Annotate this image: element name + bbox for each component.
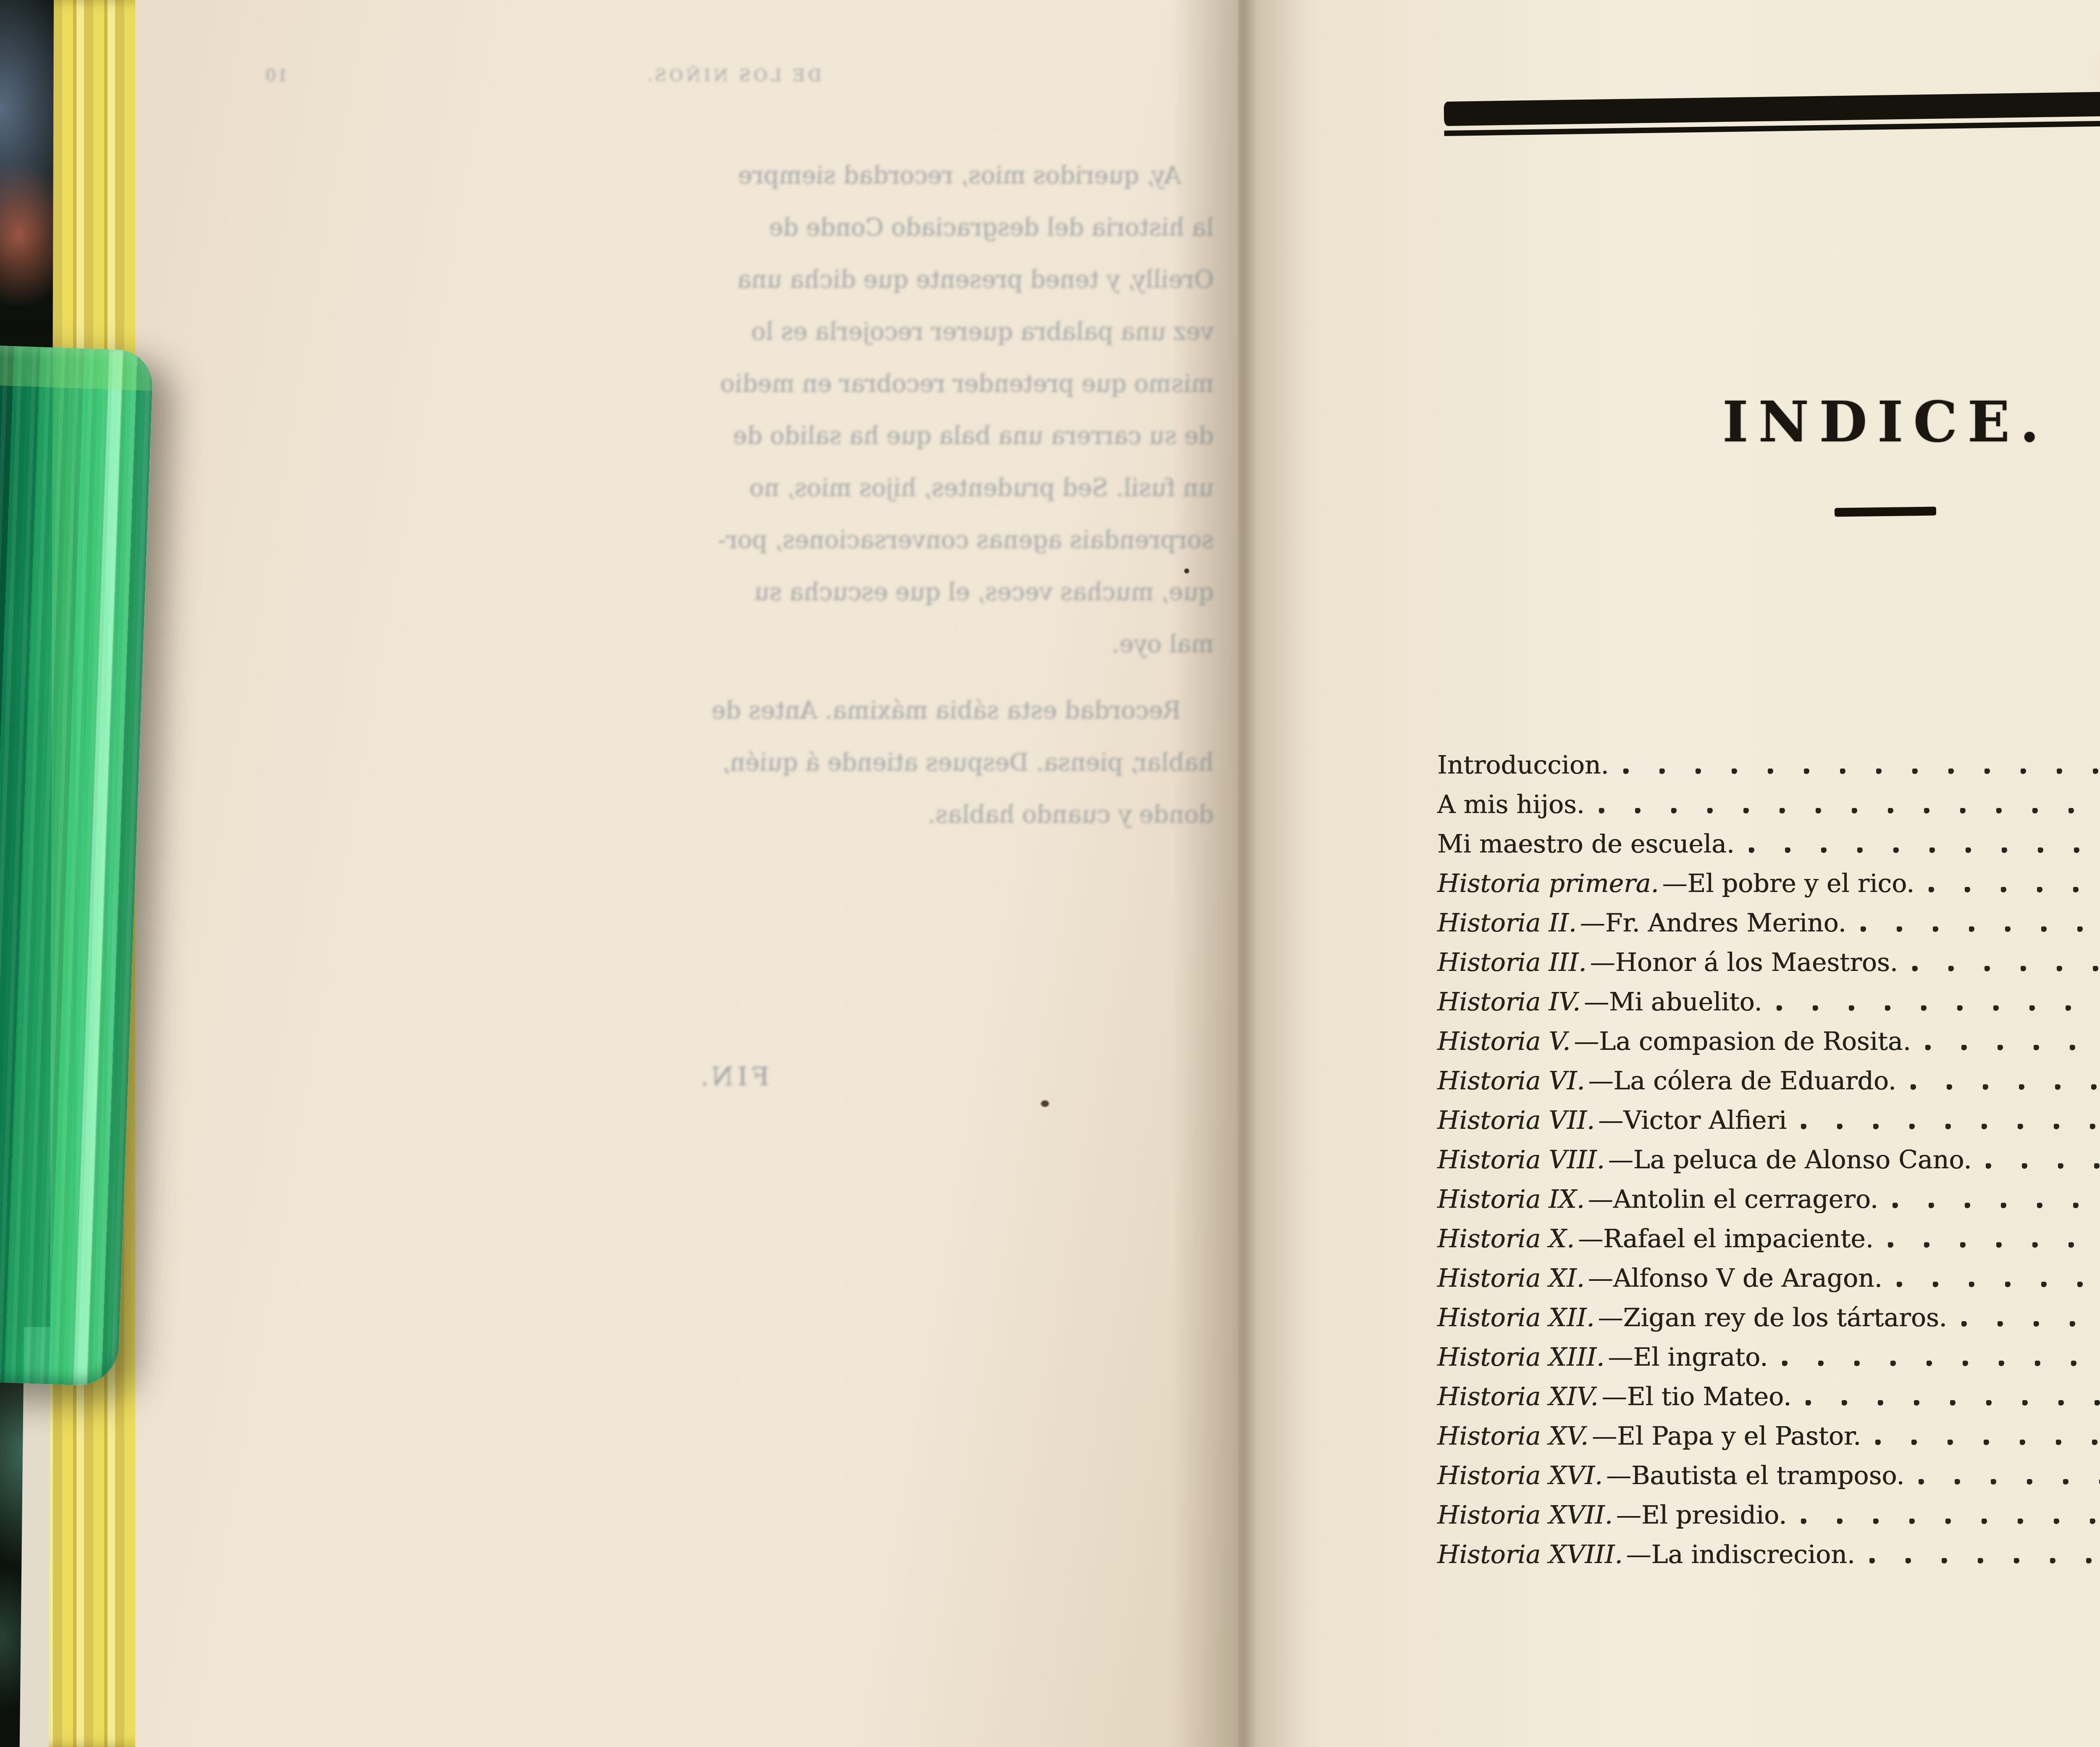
dot-leader <box>1875 1440 2100 1445</box>
entry-title-italic: Historia VI. <box>1437 1066 1585 1096</box>
index-entry-row: Historia V.—La compasion de Rosita. 45 <box>1437 1029 2100 1054</box>
dot-leader <box>1777 1005 2100 1011</box>
entry-title-italic: Historia III. <box>1437 948 1586 977</box>
entry-title: Historia III.—Honor á los Maestros. <box>1437 950 1898 975</box>
dot-leader <box>1861 926 2100 932</box>
index-entry-row: Historia primera.—El pobre y el rico. 31 <box>1437 871 2100 896</box>
index-entry-row: Historia XIV.—El tio Mateo. 87 <box>1437 1384 2100 1409</box>
dot-leader <box>1801 1519 2100 1524</box>
showthrough-mirrored-text: DE LOS NIÑOS. 10 Ay, queridos mios, reco… <box>252 63 1214 1103</box>
entry-title-roman: —La cólera de Eduardo. <box>1588 1066 1896 1096</box>
showthrough-line: donde y cuando hablas. <box>252 789 1214 841</box>
entry-title: Historia IV.—Mi abuelito. <box>1437 989 1762 1015</box>
entry-title-roman: —La compasion de Rosita. <box>1574 1027 1911 1056</box>
entry-title: Historia II.—Fr. Andres Merino. <box>1437 910 1846 936</box>
entry-title: Historia XVI.—Bautista el tramposo. <box>1437 1463 1904 1488</box>
dot-leader <box>1911 1084 2100 1090</box>
entry-title: A mis hijos. <box>1437 792 1585 817</box>
entry-title-italic: Historia VIII. <box>1437 1145 1605 1175</box>
entry-title-italic: Historia XV. <box>1437 1422 1588 1451</box>
showthrough-line: sorprendais agenas conversaciones, por- <box>252 514 1214 566</box>
dot-leader <box>1919 1479 2100 1485</box>
showthrough-line: un fusil. Sed prudentes, hijos mios, no <box>252 462 1214 514</box>
entry-title-italic: Historia XVI. <box>1437 1461 1603 1490</box>
index-entry-row: Historia VI.—La cólera de Eduardo. 49 <box>1437 1068 2100 1094</box>
entry-title: Historia V.—La compasion de Rosita. <box>1437 1029 1911 1054</box>
dot-leader <box>1749 847 2100 853</box>
entry-title-italic: Historia primera. <box>1437 869 1659 898</box>
entry-title-italic: Historia XII. <box>1437 1303 1594 1333</box>
index-entry-row: Introduccion. 5 <box>1437 753 2100 778</box>
entry-title-roman: —El presidio. <box>1616 1500 1787 1530</box>
entry-title: Historia XVIII.—La indiscrecion. <box>1437 1542 1855 1567</box>
dot-leader <box>1869 1558 2100 1563</box>
dot-leader <box>1888 1242 2100 1248</box>
dot-leader <box>1801 1124 2100 1129</box>
showthrough-line: mal oye. <box>252 618 1214 670</box>
showthrough-running-header: DE LOS NIÑOS. 10 <box>252 63 1214 88</box>
entry-title-italic: Historia IV. <box>1437 987 1580 1017</box>
entry-title: Historia XI.—Alfonso V de Aragon. <box>1437 1266 1882 1291</box>
index-entry-row: Historia XVI.—Bautista el tramposo. 105 <box>1437 1463 2100 1488</box>
entry-title: Historia VI.—La cólera de Eduardo. <box>1437 1068 1896 1094</box>
dot-leader <box>1986 1163 2100 1169</box>
index-entry-row: A mis hijos. 9 <box>1437 792 2100 817</box>
dot-leader <box>1929 887 2100 892</box>
index-entry-row: Historia XV.—El Papa y el Pastor. 97 <box>1437 1424 2100 1449</box>
showthrough-paragraph-2: Recordad esta sábia máxima. Antes dehabl… <box>252 685 1214 841</box>
showthrough-fin-label: FIN. <box>252 1051 1214 1103</box>
running-header-text: DE LOS NIÑOS. <box>644 66 822 85</box>
showthrough-line: hablar, piensa. Despues atiende á quién, <box>252 737 1214 789</box>
index-entry-row: Historia X.—Rafael el impaciente. 75 <box>1437 1226 2100 1251</box>
entry-title: Historia VII.—Victor Alfieri <box>1437 1108 1787 1133</box>
entry-title-roman: —El tio Mateo. <box>1602 1382 1792 1411</box>
entry-title-italic: Historia VII. <box>1437 1106 1595 1135</box>
entry-title-roman: —Mi abuelito. <box>1584 987 1762 1017</box>
entry-title-italic: Historia X. <box>1437 1224 1575 1254</box>
showthrough-paragraph-1: Ay, queridos mios, recordad siemprela hi… <box>252 150 1214 670</box>
entry-title-italic: Historia XVIII. <box>1437 1540 1622 1569</box>
entry-title: Historia XVII.—El presidio. <box>1437 1503 1787 1528</box>
entry-title-roman: —La peluca de Alonso Cano. <box>1608 1145 1972 1175</box>
entry-title-italic: Historia XIII. <box>1437 1343 1604 1372</box>
dot-leader <box>1912 966 2100 971</box>
entry-title-roman: —La indiscrecion. <box>1626 1540 1855 1569</box>
entry-title: Historia VIII.—La peluca de Alonso Cano. <box>1437 1147 1971 1173</box>
dot-leader <box>1806 1400 2100 1406</box>
showthrough-line: Recordad esta sábia máxima. Antes de <box>252 685 1214 737</box>
entry-title: Historia X.—Rafael el impaciente. <box>1437 1226 1874 1251</box>
index-entry-row: Historia III.—Honor á los Maestros. 37 <box>1437 950 2100 975</box>
entry-title: Historia XIV.—El tio Mateo. <box>1437 1384 1791 1409</box>
running-header-page-number: 10 <box>265 63 288 88</box>
entry-title: Introduccion. <box>1437 753 1609 778</box>
open-book-photo: DE LOS NIÑOS. 10 Ay, queridos mios, reco… <box>0 0 2100 1747</box>
index-entry-row: Historia XVII.—El presidio. 109 <box>1437 1503 2100 1528</box>
showthrough-line: de su carrera una bala que ha salido de <box>252 410 1214 462</box>
dot-leader <box>1623 769 2100 774</box>
entry-title-roman: —Bautista el tramposo. <box>1606 1461 1904 1490</box>
index-entry-row: Historia XVIII.—La indiscrecion. 115 <box>1437 1542 2100 1567</box>
entry-title-roman: —El ingrato. <box>1608 1343 1768 1372</box>
entry-title-italic: Historia V. <box>1437 1027 1570 1056</box>
entry-title-roman: —Honor á los Maestros. <box>1590 948 1898 977</box>
entry-title-roman: —Rafael el impaciente. <box>1578 1224 1874 1254</box>
entry-title-italic: Historia XVII. <box>1437 1500 1613 1530</box>
index-entry-row: Historia XII.—Zigan rey de los tártaros.… <box>1437 1305 2100 1330</box>
dot-leader <box>1897 1282 2100 1287</box>
entry-title-roman: —Alfonso V de Aragon. <box>1588 1264 1882 1293</box>
page-title: INDICE. <box>1634 390 2100 455</box>
entry-title: Mi maestro de escuela. <box>1437 832 1735 857</box>
showthrough-line: que, muchas veces, el que escucha su <box>252 566 1214 618</box>
entry-title-roman: —Zigan rey de los tártaros. <box>1598 1303 1947 1333</box>
index-entry-row: Historia IV.—Mi abuelito. 41 <box>1437 989 2100 1015</box>
dot-leader <box>1961 1321 2100 1327</box>
entry-title: Historia primera.—El pobre y el rico. <box>1437 871 1914 896</box>
entry-title-roman: —El pobre y el rico. <box>1662 869 1914 898</box>
index-entry-row: Historia XIII.—El ingrato. 83 <box>1437 1345 2100 1370</box>
showthrough-line: Oreilly, y tened presente que dicha una <box>252 254 1214 306</box>
entry-title-italic: Historia XIV. <box>1437 1382 1599 1411</box>
dot-leader <box>1599 808 2100 813</box>
entry-title-roman: —Victor Alfieri <box>1598 1106 1787 1135</box>
entry-title-roman: —El Papa y el Pastor. <box>1592 1422 1861 1451</box>
index-entry-row: Historia XI.—Alfonso V de Aragon. 79 <box>1437 1266 2100 1291</box>
index-entries: Introduccion. 5 A mis hijos. 9 Mi maestr… <box>1437 753 2100 1582</box>
dot-leader <box>1893 1203 2100 1208</box>
showthrough-line: mismo que pretender recobrar en medio <box>252 358 1214 410</box>
index-entry-row: Historia IX.—Antolin el cerragero. 65 <box>1437 1187 2100 1212</box>
entry-title: Historia XII.—Zigan rey de los tártaros. <box>1437 1305 1947 1330</box>
index-entry-row: Historia II.—Fr. Andres Merino. 35 <box>1437 910 2100 936</box>
index-entry-row: Historia VII.—Victor Alfieri 57 <box>1437 1108 2100 1133</box>
entry-title-italic: Historia II. <box>1437 908 1577 938</box>
title-divider-rule <box>1835 507 1936 517</box>
entry-title-roman: A mis hijos. <box>1437 790 1585 819</box>
entry-title: Historia IX.—Antolin el cerragero. <box>1437 1187 1878 1212</box>
entry-title-roman: Introduccion. <box>1437 750 1609 780</box>
entry-title-roman: Mi maestro de escuela. <box>1437 829 1735 859</box>
showthrough-line: Ay, queridos mios, recordad siempre <box>252 150 1214 202</box>
entry-title: Historia XIII.—El ingrato. <box>1437 1345 1768 1370</box>
entry-title-roman: —Fr. Andres Merino. <box>1580 908 1846 938</box>
showthrough-line: vez una palabra querer recojerla es lo <box>252 306 1214 358</box>
entry-title-roman: —Antolin el cerragero. <box>1588 1185 1878 1214</box>
dot-leader <box>1782 1361 2100 1366</box>
entry-title-italic: Historia IX. <box>1437 1185 1585 1214</box>
entry-title: Historia XV.—El Papa y el Pastor. <box>1437 1424 1861 1449</box>
showthrough-line: la historia del desgraciado Conde de <box>252 202 1214 254</box>
dot-leader <box>1925 1045 2100 1050</box>
entry-title-italic: Historia XI. <box>1437 1264 1585 1293</box>
paper-speck <box>1040 1099 1050 1108</box>
index-entry-row: Historia VIII.—La peluca de Alonso Cano.… <box>1437 1147 2100 1173</box>
paper-speck <box>1184 568 1190 574</box>
index-entry-row: Mi maestro de escuela. 13 <box>1437 832 2100 857</box>
